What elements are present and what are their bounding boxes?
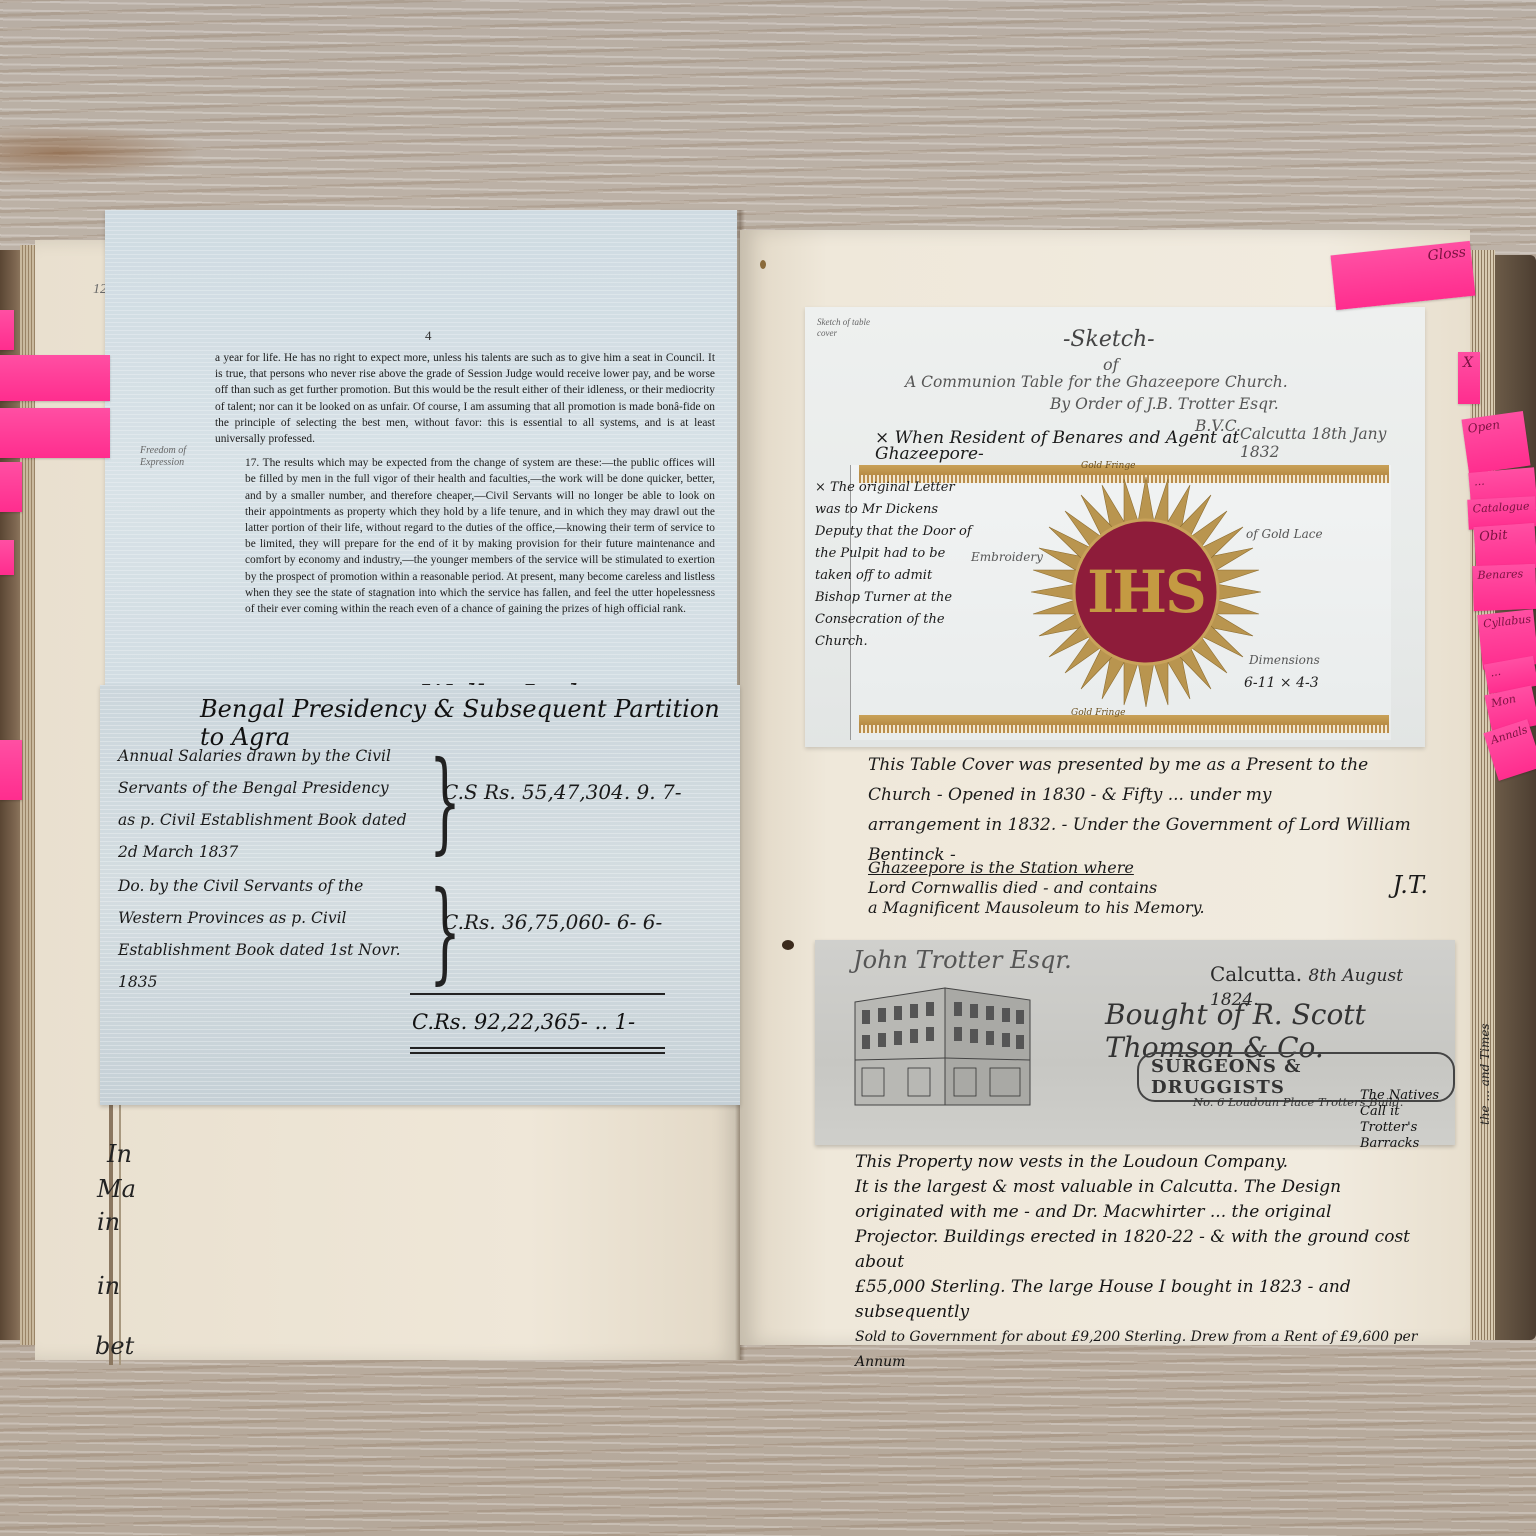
- salary-row-amount: C.Rs. 36,75,060- 6- 6-: [443, 910, 662, 934]
- note-line: This Table Cover was presented by me as …: [868, 750, 1428, 780]
- sketch-subtitle: A Communion Table for the Ghazeepore Chu…: [905, 373, 1288, 391]
- note-line: Ghazeepore is the Station where: [868, 858, 1205, 878]
- printed-paragraph: 17. The results which may be expected fr…: [215, 455, 715, 617]
- note-line: Lord Cornwallis died - and contains: [868, 878, 1205, 898]
- gold-fringe-label: Gold Fringe: [1081, 461, 1135, 471]
- wood-knot: [0, 125, 200, 180]
- resident-note: × When Resident of Benares and Agent at …: [875, 430, 1255, 462]
- salary-row-description: Do. by the Civil Servants of the Western…: [118, 870, 408, 998]
- dimensions-value: 6-11 × 4-3: [1244, 675, 1319, 691]
- sticky-tab[interactable]: [0, 355, 110, 401]
- note-line: originated with me - and Dr. Macwhirter …: [855, 1200, 1455, 1225]
- script-fragment: bet: [95, 1332, 134, 1360]
- gold-lace-label: of Gold Lace: [1246, 527, 1323, 541]
- sketch-place-date: Calcutta 18th Jany 1832: [1240, 425, 1425, 461]
- margin-note: Freedom of Expression: [140, 445, 220, 469]
- sketch-of: of: [1103, 355, 1119, 374]
- sketch-subtitle: By Order of J.B. Trotter Esqr.: [1050, 395, 1279, 413]
- total-rule-top: [410, 993, 665, 995]
- original-letter-note: × The original Letter was to Mr Dickens …: [815, 477, 975, 653]
- sticky-tab-benares[interactable]: Benares: [1472, 564, 1536, 611]
- property-note: This Property now vests in the Loudoun C…: [855, 1150, 1455, 1375]
- gold-fringe-bottom-label: Gold Fringe: [1071, 708, 1125, 718]
- note-line: Projector. Buildings erected in 1820-22 …: [855, 1225, 1455, 1275]
- sticky-tab[interactable]: [0, 462, 22, 512]
- salary-row-amount: C.S Rs. 55,47,304. 9. 7-: [443, 780, 681, 804]
- stain-mark: [760, 260, 766, 269]
- salary-row-description: Annual Salaries drawn by the Civil Serva…: [118, 740, 408, 868]
- ihs-monogram: IHS: [1031, 477, 1261, 707]
- table-cover-sketch-card: Sketch of table cover -Sketch- of A Comm…: [805, 307, 1425, 747]
- gold-fringe-bottom: [859, 725, 1389, 733]
- script-fragment: in: [97, 1208, 120, 1236]
- total-rule-bottom: [410, 1047, 665, 1049]
- salary-row: Do. by the Civil Servants of the Western…: [118, 870, 718, 998]
- document-page-number: 4: [425, 328, 432, 344]
- sticky-tab[interactable]: [0, 740, 22, 800]
- printed-paragraph: a year for life. He has no right to expe…: [215, 350, 715, 447]
- note-line: It is the largest & most valuable in Cal…: [855, 1175, 1455, 1200]
- table-cover-drawing: Gold Fringe × The original Letter was to…: [850, 465, 1391, 740]
- note-line: Sold to Government for about £9,200 Ster…: [855, 1325, 1455, 1375]
- invoice-customer: John Trotter Esqr.: [853, 946, 1072, 974]
- script-fragment: In: [107, 1140, 132, 1168]
- invoice-city: Calcutta.: [1210, 962, 1302, 986]
- sticky-tab[interactable]: [0, 310, 14, 350]
- salary-slip: Bengal Presidency & Subsequent Partition…: [100, 685, 740, 1105]
- salary-total: C.Rs. 92,22,365- .. 1-: [412, 1010, 635, 1034]
- building-engraving-icon: [850, 980, 1035, 1110]
- note-line: This Property now vests in the Loudoun C…: [855, 1150, 1455, 1175]
- dimensions-label: Dimensions: [1249, 653, 1320, 667]
- ink-blot: [782, 940, 794, 950]
- printed-text-body: a year for life. He has no right to expe…: [215, 350, 715, 625]
- sticky-tab[interactable]: [0, 540, 14, 575]
- script-fragment: Ma: [97, 1175, 136, 1203]
- vertical-margin-note: the ... and Times: [1478, 1023, 1492, 1125]
- sketch-title: -Sketch-: [1063, 327, 1155, 352]
- total-rule-bottom-double: [410, 1052, 665, 1054]
- invoice-billhead: John Trotter Esqr. Calcutta. 8th August …: [815, 940, 1455, 1145]
- note-line: a Magnificent Mausoleum to his Memory.: [868, 898, 1205, 918]
- sticky-tab-open[interactable]: Open: [1461, 411, 1530, 474]
- script-fragment: in: [97, 1272, 120, 1300]
- note-line: Church - Opened in 1830 - & Fifty ... un…: [868, 780, 1428, 810]
- sticky-tab[interactable]: [0, 408, 110, 458]
- salary-row: Annual Salaries drawn by the Civil Serva…: [118, 740, 718, 868]
- corner-note: Sketch of table cover: [817, 317, 877, 339]
- sticky-tab-x[interactable]: X: [1458, 352, 1480, 404]
- ghazeepore-note: Ghazeepore is the Station where Lord Cor…: [868, 858, 1205, 918]
- invoice-handwritten-note: The Natives Call it Trotter's Barracks: [1360, 1088, 1460, 1152]
- note-line: £55,000 Sterling. The large House I boug…: [855, 1275, 1455, 1325]
